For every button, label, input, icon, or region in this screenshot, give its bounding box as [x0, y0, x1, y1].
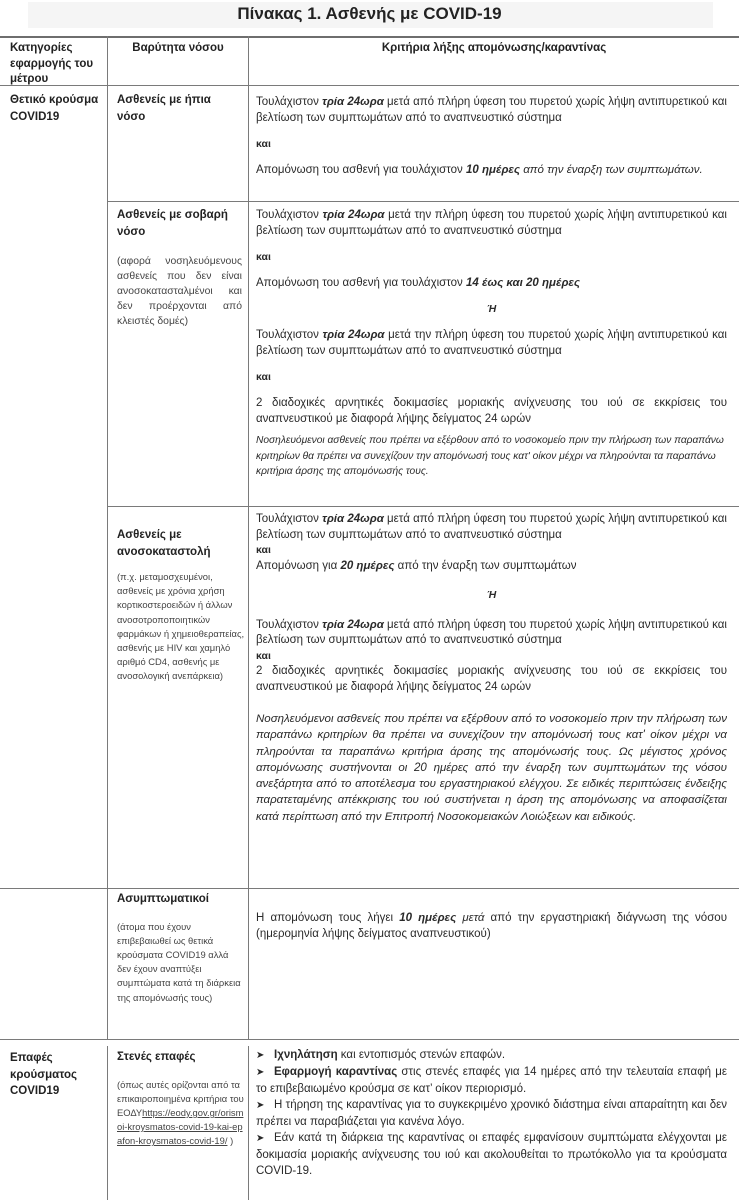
criteria-paragraph: 2 διαδοχικές αρνητικές δοκιμασίες μοριακ…	[256, 664, 727, 695]
criteria-note: Νοσηλευόμενοι ασθενείς που πρέπει να εξέ…	[256, 711, 727, 825]
criteria-mild: Τουλάχιστον τρία 24ωρα μετά από πλήρη ύφ…	[256, 94, 727, 178]
criteria-paragraph: Απομόνωση για 20 ημέρες από την έναρξη τ…	[256, 559, 727, 575]
and-connector: και	[256, 136, 727, 152]
criteria-paragraph: Η απομόνωση τους λήγει 10 ημέρες μετά απ…	[256, 910, 727, 942]
header-categories: Κατηγορίες εφαρμογής του μέτρου	[10, 41, 102, 88]
header-criteria: Κριτήρια λήξης απομόνωσης/καραντίνας	[252, 41, 736, 57]
bullet-item: ➤Η τήρηση της καραντίνας για το συγκεκρι…	[256, 1097, 727, 1130]
row-divider	[107, 506, 739, 507]
severity-mild: Ασθενείς με ήπια νόσο	[117, 92, 242, 125]
column-divider	[248, 36, 249, 1039]
category-case-contacts: Επαφές κρούσματος COVID19	[10, 1050, 102, 1100]
column-divider	[107, 36, 108, 1039]
arrow-bullet-icon: ➤	[256, 1098, 274, 1114]
criteria-note: Νοσηλευόμενοι ασθενείς που πρέπει να εξέ…	[256, 433, 727, 480]
header-severity: Βαρύτητα νόσου	[112, 41, 244, 57]
criteria-paragraph: Απομόνωση του ασθενή για τουλάχιστον 14 …	[256, 275, 727, 291]
row-divider	[107, 201, 739, 202]
severity-label: Ασθενείς με ανοσοκαταστολή	[117, 527, 245, 560]
group-divider	[0, 1039, 739, 1040]
arrow-bullet-icon: ➤	[256, 1048, 274, 1064]
header-bottom-border	[0, 85, 739, 86]
severity-asymptomatic: Ασυμπτωματικοί (άτομα που έχουν επιβεβαι…	[117, 892, 245, 1005]
severity-note: (αφορά νοσηλευόμενους ασθενείς που δεν ε…	[117, 254, 242, 329]
severity-label: Ασυμπτωματικοί	[117, 892, 245, 908]
page-title: Πίνακας 1. Ασθενής με COVID-19	[0, 4, 739, 24]
or-connector: Ή	[256, 301, 727, 317]
criteria-paragraph: Τουλάχιστον τρία 24ωρα μετά από πλήρη ύφ…	[256, 512, 727, 543]
or-connector: Ή	[256, 588, 727, 604]
category-positive-case: Θετικό κρούσμα COVID19	[10, 92, 102, 125]
arrow-bullet-icon: ➤	[256, 1065, 274, 1081]
criteria-paragraph: Τουλάχιστον τρία 24ωρα μετά την πλήρη ύφ…	[256, 327, 727, 359]
criteria-immunocompromised: Τουλάχιστον τρία 24ωρα μετά από πλήρη ύφ…	[256, 512, 727, 825]
severity-note: (άτομα που έχουν επιβεβαιωθεί ως θετικά …	[117, 920, 245, 1005]
and-connector: και	[256, 369, 727, 385]
severity-severe: Ασθενείς με σοβαρή νόσο (αφορά νοσηλευόμ…	[117, 207, 242, 329]
column-divider	[248, 1046, 249, 1200]
and-connector: και	[256, 649, 727, 665]
table-top-border	[0, 36, 739, 38]
severity-close-contacts: Στενές επαφές (όπως αυτές ορίζονται από …	[117, 1050, 245, 1149]
criteria-paragraph: 2 διαδοχικές αρνητικές δοκιμασίες μοριακ…	[256, 395, 727, 427]
arrow-bullet-icon: ➤	[256, 1131, 274, 1147]
row-divider	[0, 888, 739, 889]
criteria-paragraph: Τουλάχιστον τρία 24ωρα μετά από πλήρη ύφ…	[256, 94, 727, 126]
column-divider	[107, 1046, 108, 1200]
criteria-paragraph: Τουλάχιστον τρία 24ωρα μετά από πλήρη ύφ…	[256, 618, 727, 649]
criteria-close-contacts: ➤Ιχνηλάτηση και εντοπισμός στενών επαφών…	[256, 1047, 727, 1179]
severity-label: Ασθενείς με σοβαρή νόσο	[117, 207, 242, 240]
severity-immunocompromised: Ασθενείς με ανοσοκαταστολή (π.χ. μεταμοσ…	[117, 527, 245, 684]
criteria-paragraph: Τουλάχιστον τρία 24ωρα μετά την πλήρη ύφ…	[256, 207, 727, 239]
severity-note: (π.χ. μεταμοσχευμένοι, ασθενείς με χρόνι…	[117, 570, 245, 684]
and-connector: και	[256, 543, 727, 559]
bullet-item: ➤Ιχνηλάτηση και εντοπισμός στενών επαφών…	[256, 1047, 727, 1064]
and-connector: και	[256, 249, 727, 265]
criteria-paragraph: Απομόνωση του ασθενή για τουλάχιστον 10 …	[256, 162, 727, 178]
bullet-item: ➤Εάν κατά τη διάρκεια της καραντίνας οι …	[256, 1130, 727, 1179]
bullet-item: ➤Εφαρμογή καραντίνας στις στενές επαφές …	[256, 1064, 727, 1097]
severity-note: (όπως αυτές ορίζονται από τα επικαιροποι…	[117, 1078, 245, 1149]
severity-label: Στενές επαφές	[117, 1050, 245, 1066]
criteria-asymptomatic: Η απομόνωση τους λήγει 10 ημέρες μετά απ…	[256, 910, 727, 942]
criteria-severe: Τουλάχιστον τρία 24ωρα μετά την πλήρη ύφ…	[256, 207, 727, 480]
